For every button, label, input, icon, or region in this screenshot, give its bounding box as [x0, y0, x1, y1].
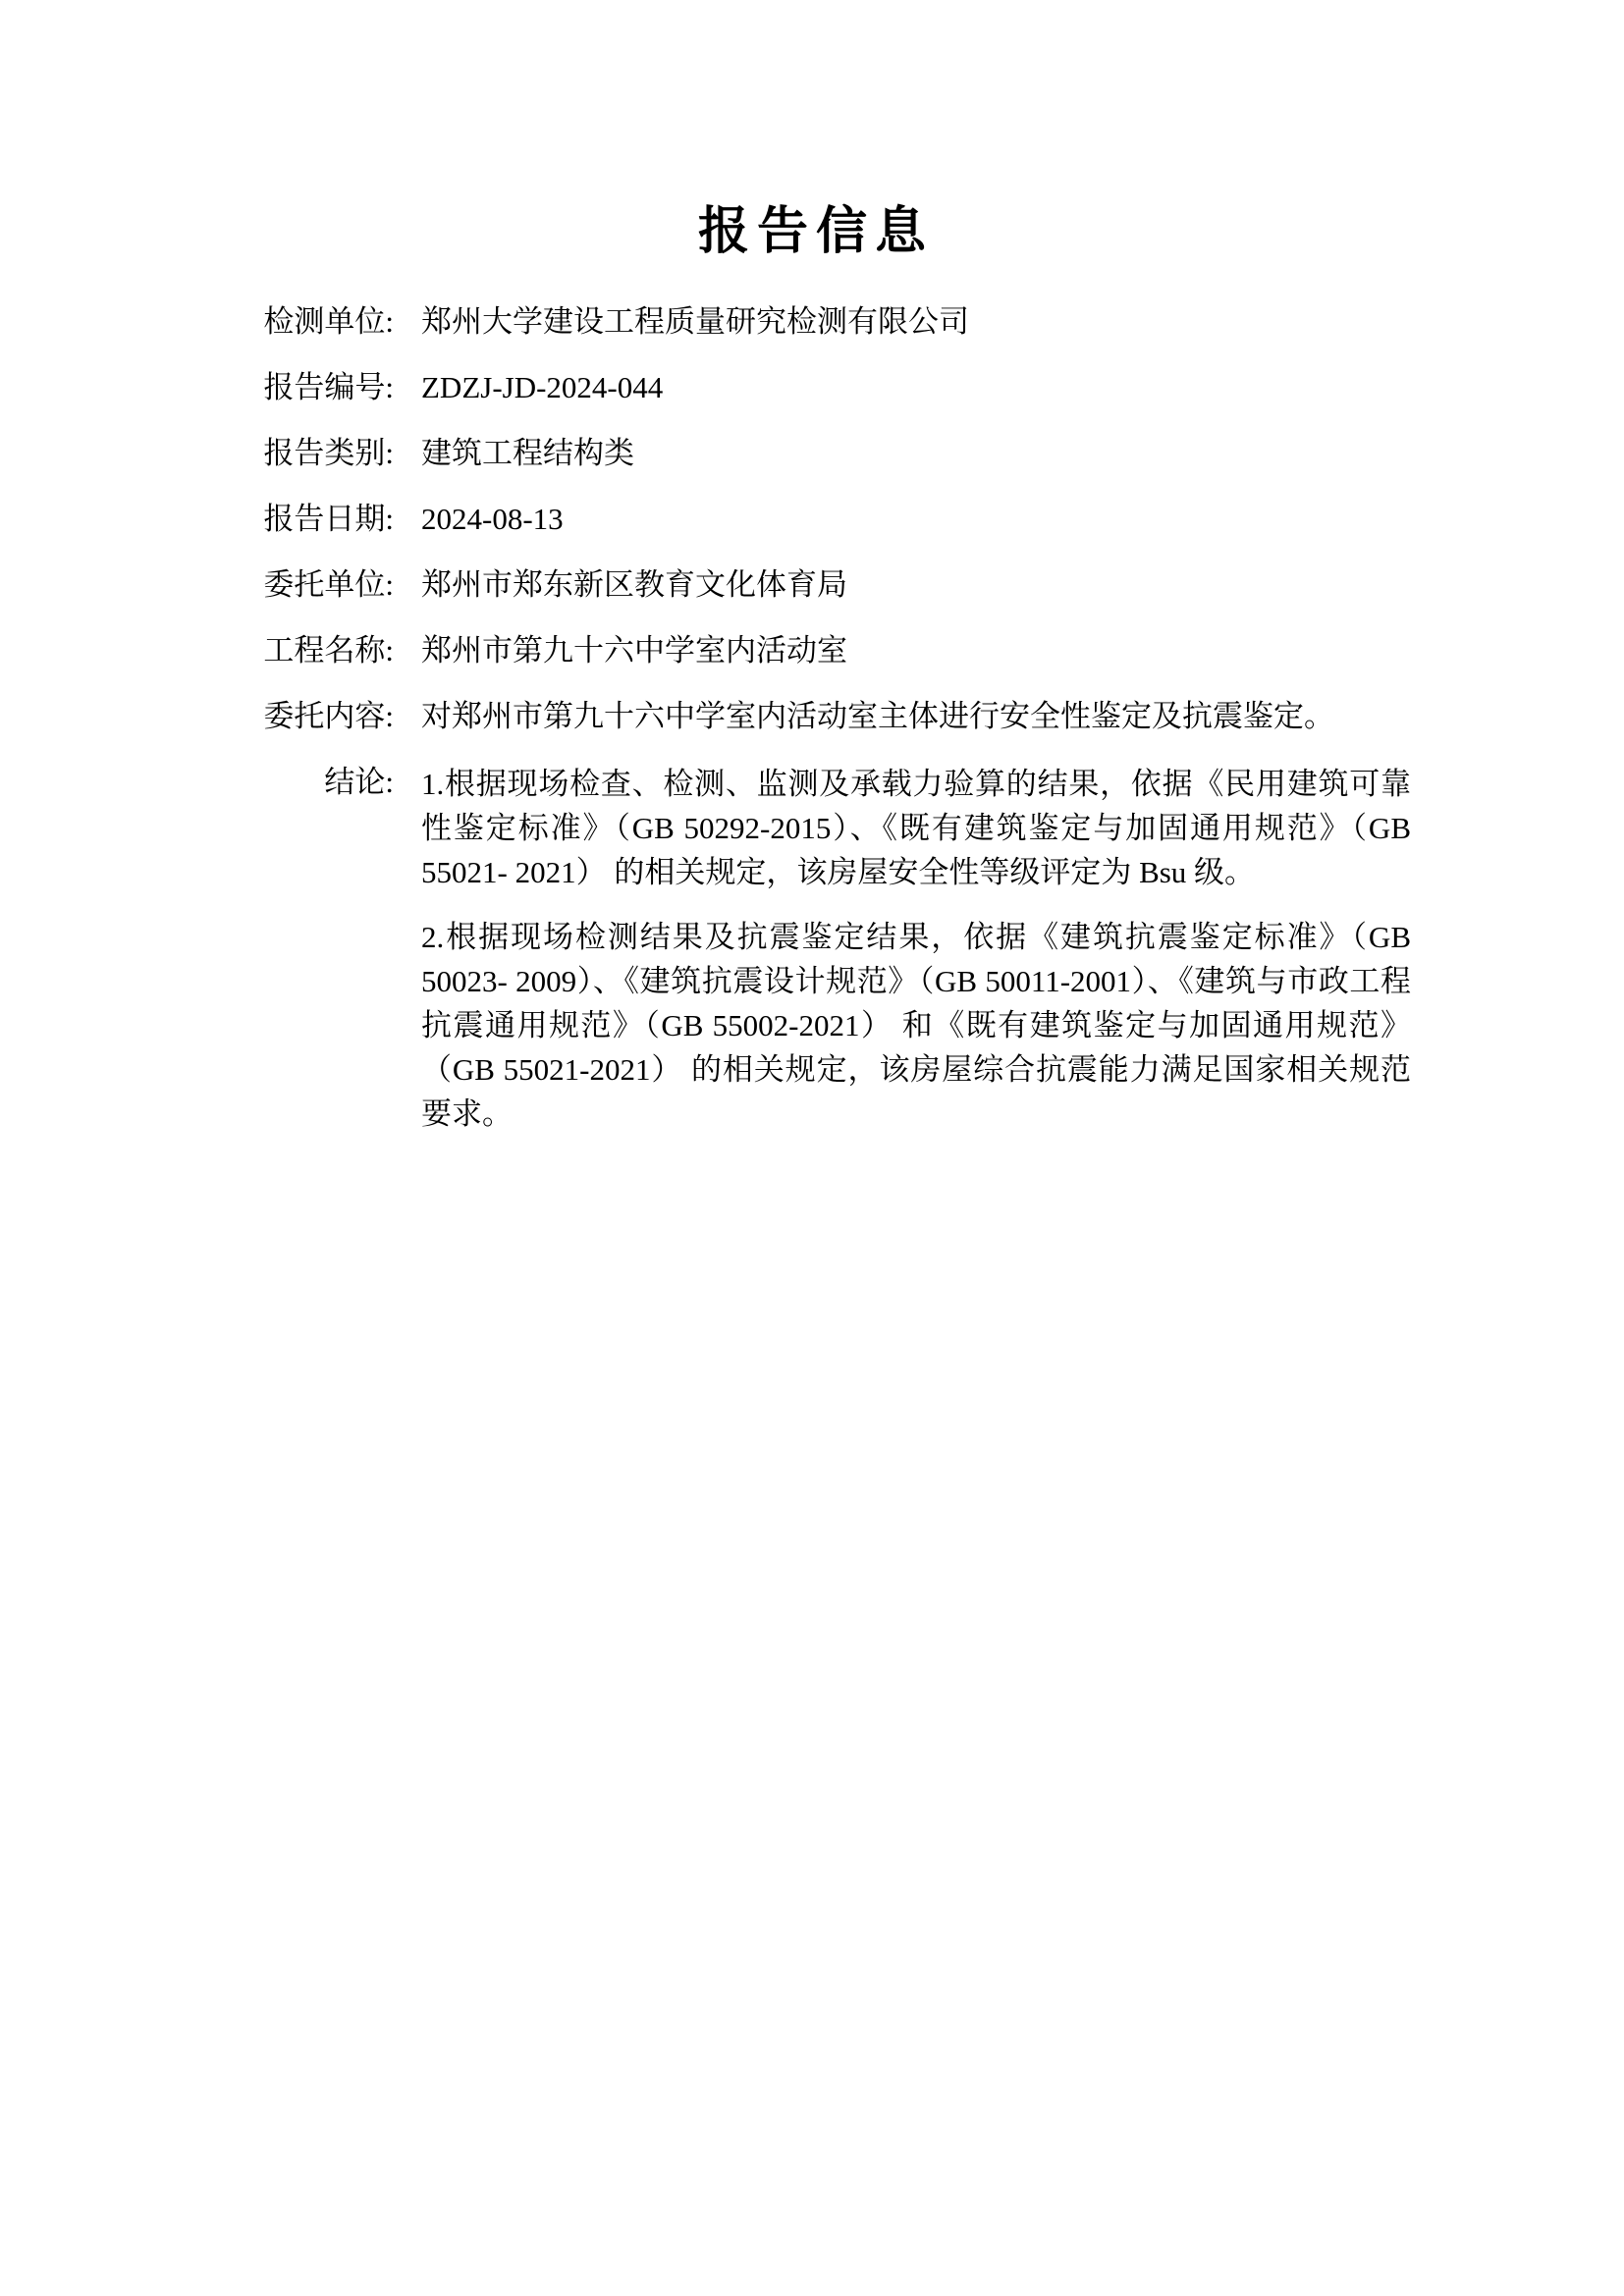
project-name-label: 工程名称: [239, 630, 394, 671]
field-row-client-unit: 委托单位: 郑州市郑东新区教育文化体育局 [239, 564, 1624, 606]
conclusion-label: 结论: [239, 762, 394, 803]
report-date-value: 2024-08-13 [421, 499, 1411, 540]
field-row-inspection-unit: 检测单位: 郑州大学建设工程质量研究检测有限公司 [239, 301, 1624, 343]
project-name-value: 郑州市第九十六中学室内活动室 [421, 630, 1411, 671]
commission-content-label: 委托内容: [239, 696, 394, 737]
conclusion-value: 1.根据现场检查、检测、监测及承载力验算的结果，依据《民用建筑可靠性鉴定标准》（… [421, 762, 1411, 1136]
report-fields: 检测单位: 郑州大学建设工程质量研究检测有限公司 报告编号: ZDZJ-JD-2… [0, 301, 1624, 1136]
field-row-report-number: 报告编号: ZDZJ-JD-2024-044 [239, 367, 1624, 408]
field-row-conclusion: 结论: 1.根据现场检查、检测、监测及承载力验算的结果，依据《民用建筑可靠性鉴定… [239, 762, 1624, 1136]
report-category-value: 建筑工程结构类 [421, 433, 1411, 474]
report-category-label: 报告类别: [239, 433, 394, 474]
report-date-label: 报告日期: [239, 499, 394, 540]
inspection-unit-value: 郑州大学建设工程质量研究检测有限公司 [421, 301, 1411, 343]
field-row-report-date: 报告日期: 2024-08-13 [239, 499, 1624, 540]
report-info-page: 报告信息 检测单位: 郑州大学建设工程质量研究检测有限公司 报告编号: ZDZJ… [0, 0, 1624, 2296]
client-unit-value: 郑州市郑东新区教育文化体育局 [421, 564, 1411, 606]
field-row-project-name: 工程名称: 郑州市第九十六中学室内活动室 [239, 630, 1624, 671]
conclusion-paragraph-1: 1.根据现场检查、检测、监测及承载力验算的结果，依据《民用建筑可靠性鉴定标准》（… [421, 762, 1411, 894]
client-unit-label: 委托单位: [239, 564, 394, 606]
report-number-label: 报告编号: [239, 367, 394, 408]
conclusion-paragraph-2: 2.根据现场检测结果及抗震鉴定结果，依据《建筑抗震鉴定标准》（GB 50023-… [421, 915, 1411, 1136]
commission-content-value: 对郑州市第九十六中学室内活动室主体进行安全性鉴定及抗震鉴定。 [421, 696, 1411, 737]
field-row-report-category: 报告类别: 建筑工程结构类 [239, 433, 1624, 474]
field-row-commission-content: 委托内容: 对郑州市第九十六中学室内活动室主体进行安全性鉴定及抗震鉴定。 [239, 696, 1624, 737]
inspection-unit-label: 检测单位: [239, 301, 394, 343]
page-title: 报告信息 [0, 199, 1624, 264]
report-number-value: ZDZJ-JD-2024-044 [421, 367, 1411, 408]
